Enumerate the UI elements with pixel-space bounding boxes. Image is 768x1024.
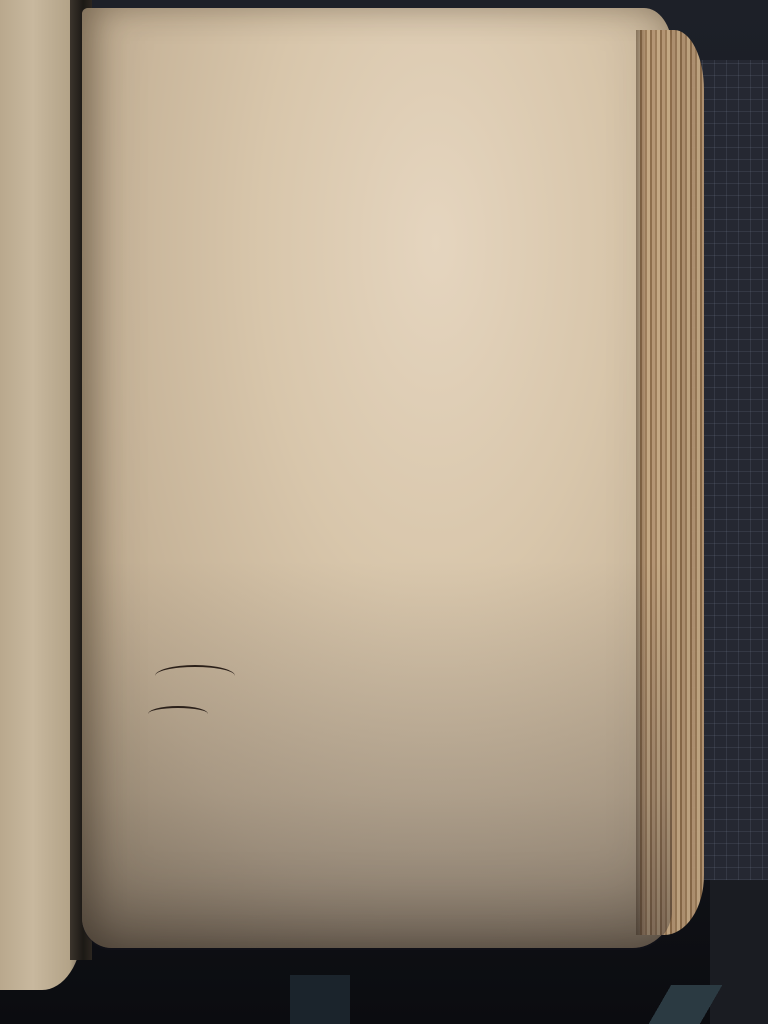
page-edge-shadow — [636, 30, 646, 935]
recto-page — [82, 8, 672, 948]
page-block-edge — [640, 30, 704, 935]
background-shape — [290, 975, 350, 1024]
background-shape — [620, 985, 768, 1024]
flourish-stroke — [155, 665, 235, 687]
flourish-stroke — [148, 706, 208, 722]
